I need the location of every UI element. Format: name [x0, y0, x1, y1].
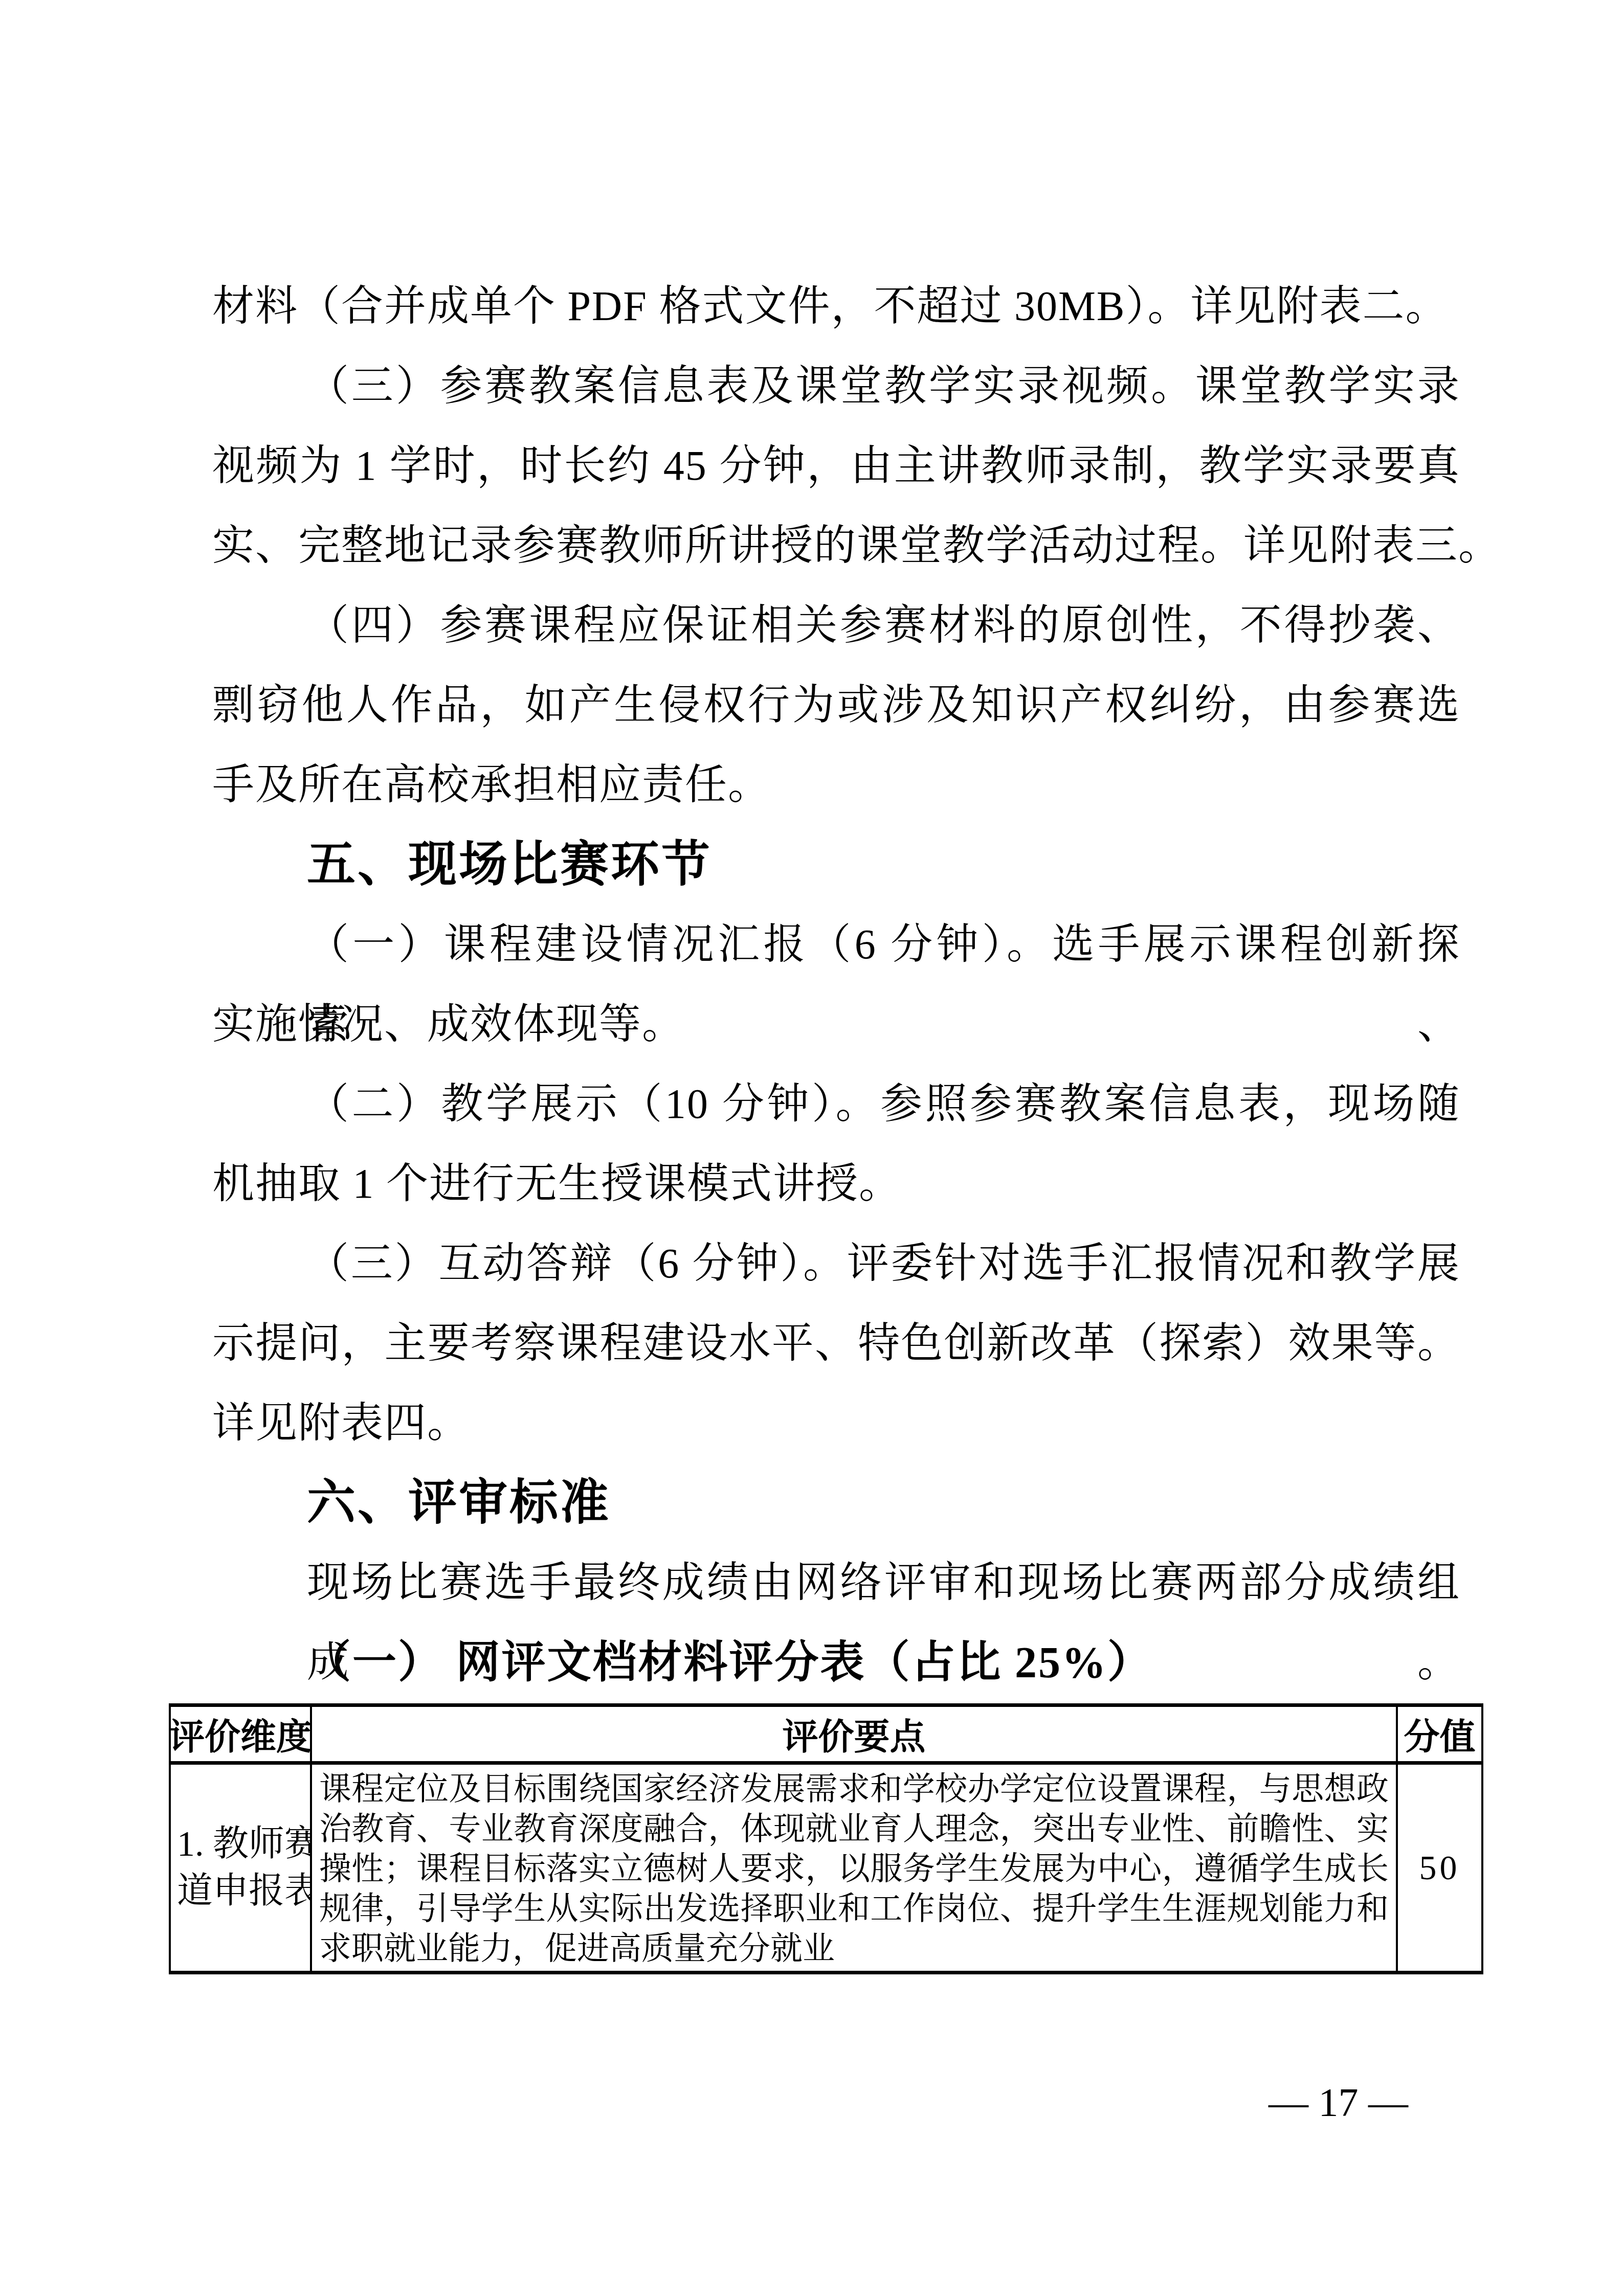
body-line: 详见附表四。: [212, 1383, 1460, 1463]
body-line: （二）教学展示（10 分钟）。参照参赛教案信息表，现场随: [212, 1064, 1460, 1144]
body-line: （三）参赛教案信息表及课堂教学实录视频。课堂教学实录: [212, 346, 1460, 426]
body-line: 视频为 1 学时，时长约 45 分钟，由主讲教师录制，教学实录要真: [212, 426, 1460, 506]
score-value: 50: [1398, 1765, 1481, 1971]
body-line: 手及所在高校承担相应责任。: [212, 745, 1460, 825]
document-page: 材料（合并成单个 PDF 格式文件，不超过 30MB）。详见附表二。 （三）参赛…: [0, 0, 1624, 2296]
header-cell-points: 评价要点: [312, 1707, 1398, 1761]
cell-points: 课程定位及目标围绕国家经济发展需求和学校办学定位设置课程，与思想政 治教育、专业…: [312, 1765, 1398, 1971]
scoring-table: 评价维度 评价要点 分值 1. 教师赛 道申报表 课程定位及目标围绕国家经济发展…: [169, 1703, 1483, 1974]
body-line: 现场比赛选手最终成绩由网络评审和现场比赛两部分成绩组成。: [212, 1543, 1460, 1623]
section-heading-5: 五、现场比赛环节: [212, 825, 1460, 905]
body-line: 剽窃他人作品，如产生侵权行为或涉及知识产权纠纷，由参赛选: [212, 665, 1460, 745]
body-text: 材料（合并成单个 PDF 格式文件，不超过 30MB）。详见附表二。 （三）参赛…: [212, 266, 1460, 1702]
body-line: 实、完整地记录参赛教师所讲授的课堂教学活动过程。详见附表三。: [212, 506, 1460, 586]
cell-dimension: 1. 教师赛 道申报表: [171, 1765, 312, 1971]
points-line: 操性；课程目标落实立德树人要求，以服务学生发展为中心，遵循学生成长: [319, 1849, 1389, 1888]
points-line: 求职就业能力，促进高质量充分就业: [319, 1928, 1389, 1968]
dimension-line: 道申报表: [177, 1868, 310, 1915]
body-line: 材料（合并成单个 PDF 格式文件，不超过 30MB）。详见附表二。: [212, 266, 1460, 346]
points-line: 规律，引导学生从实际出发选择职业和工作岗位、提升学生生涯规划能力和: [319, 1888, 1389, 1928]
cell-score: 50: [1398, 1765, 1481, 1971]
body-line: 示提问，主要考察课程建设水平、特色创新改革（探索）效果等。: [212, 1303, 1460, 1383]
body-line: （四）参赛课程应保证相关参赛材料的原创性，不得抄袭、: [212, 586, 1460, 665]
points-line: 治教育、专业教育深度融合，体现就业育人理念，突出专业性、前瞻性、实: [319, 1809, 1389, 1849]
header-cell-dimension: 评价维度: [171, 1707, 312, 1761]
table-row: 1. 教师赛 道申报表 课程定位及目标围绕国家经济发展需求和学校办学定位设置课程…: [171, 1765, 1481, 1971]
body-line: 机抽取 1 个进行无生授课模式讲授。: [212, 1144, 1460, 1224]
body-line: （一）课程建设情况汇报（6 分钟）。选手展示课程创新探索、: [212, 905, 1460, 984]
section-heading-6: 六、评审标准: [212, 1463, 1460, 1543]
points-line: 课程定位及目标围绕国家经济发展需求和学校办学定位设置课程，与思想政: [319, 1769, 1389, 1809]
header-cell-score: 分值: [1398, 1707, 1481, 1761]
body-line: （三）互动答辩（6 分钟）。评委针对选手汇报情况和教学展: [212, 1224, 1460, 1303]
table-header-row: 评价维度 评价要点 分值: [171, 1707, 1481, 1765]
page-number: — 17 —: [1269, 2074, 1408, 2130]
dimension-line: 1. 教师赛: [177, 1821, 310, 1868]
